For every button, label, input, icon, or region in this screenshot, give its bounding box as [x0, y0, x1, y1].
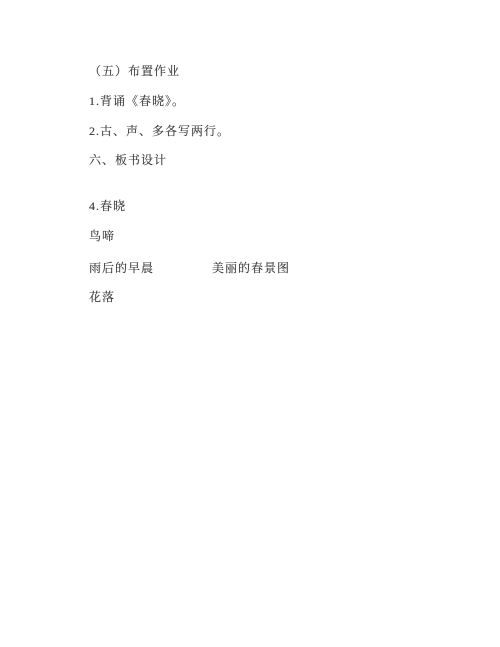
heading-assign-homework: （五）布置作业	[89, 64, 180, 78]
document-page: （五）布置作业 1.背诵《春晓》。 2.古、声、多各写两行。 六、板书设计 4.…	[0, 0, 500, 647]
heading-board-design: 六、板书设计	[89, 153, 167, 167]
item-copy-characters: 2.古、声、多各写两行。	[89, 124, 230, 138]
board-beautiful-spring-scene: 美丽的春景图	[212, 261, 290, 275]
board-title-chunxiao: 4.春晓	[89, 199, 126, 213]
board-bird-chirp: 鸟啼	[89, 229, 115, 243]
board-flowers-fall: 花落	[89, 290, 115, 304]
board-rainy-morning: 雨后的早晨	[89, 261, 154, 275]
item-recite-chunxiao: 1.背诵《春晓》。	[89, 94, 185, 108]
